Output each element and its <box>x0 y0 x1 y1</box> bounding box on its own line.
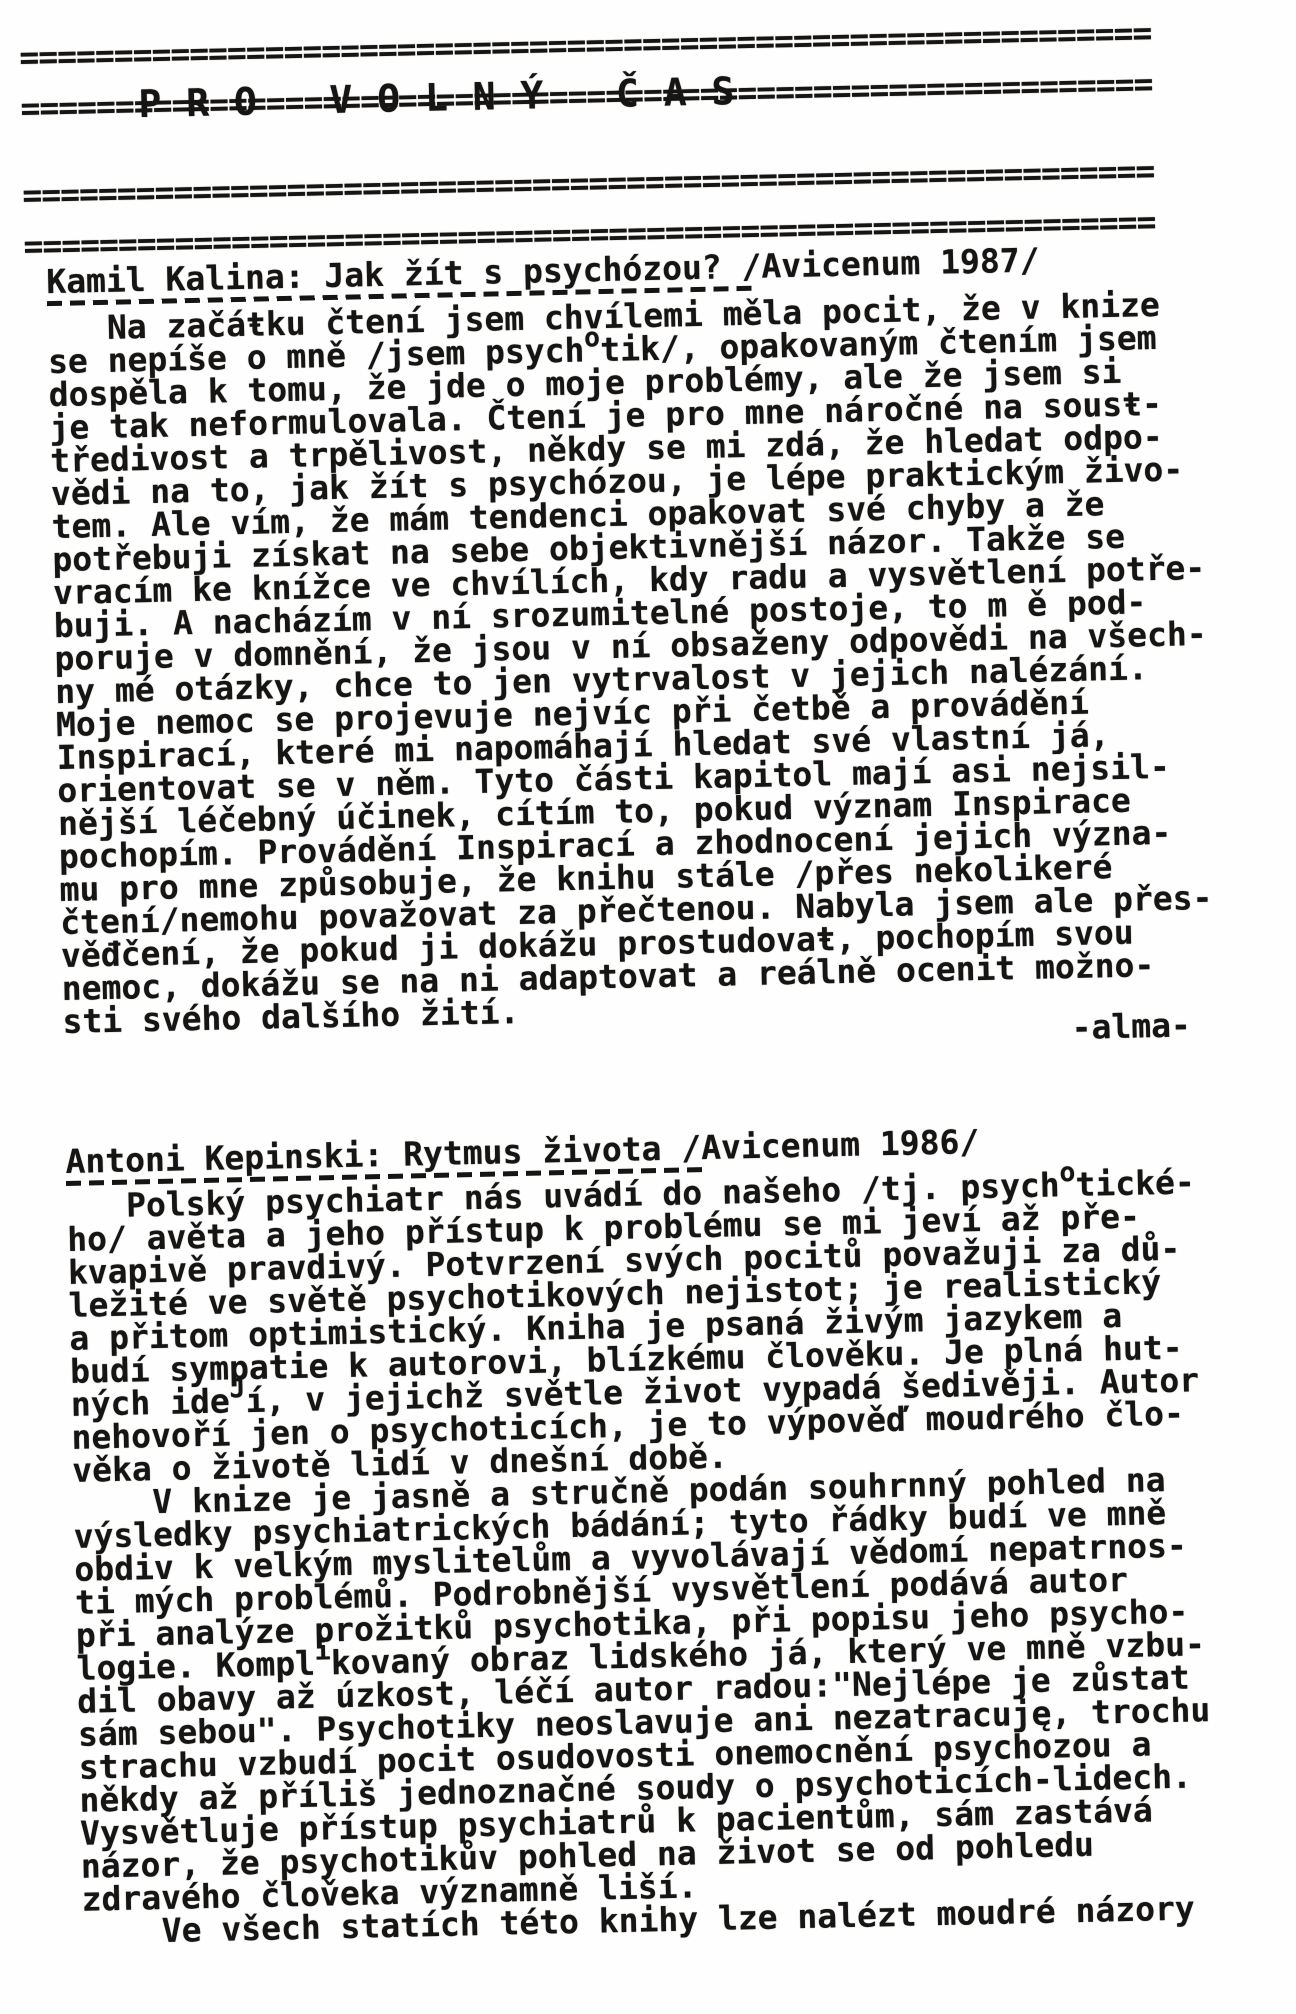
divider-row: ========================================… <box>19 24 1151 66</box>
raised-overtyped-char: i <box>314 1635 331 1666</box>
raised-overtyped-char: J <box>229 1373 246 1404</box>
scanned-typewritten-page: ========================================… <box>40 0 1294 2014</box>
review-1-body: Na začáŧku čtení jsem chvílemi měla poci… <box>47 287 1215 1038</box>
raised-overtyped-char: o <box>584 322 601 353</box>
divider-row: ========================================… <box>22 162 1154 204</box>
raised-overtyped-char: o <box>1059 1157 1076 1188</box>
review-2-body: Polský psychiatr nás uvádí do našeho /tj… <box>66 1165 1215 1949</box>
